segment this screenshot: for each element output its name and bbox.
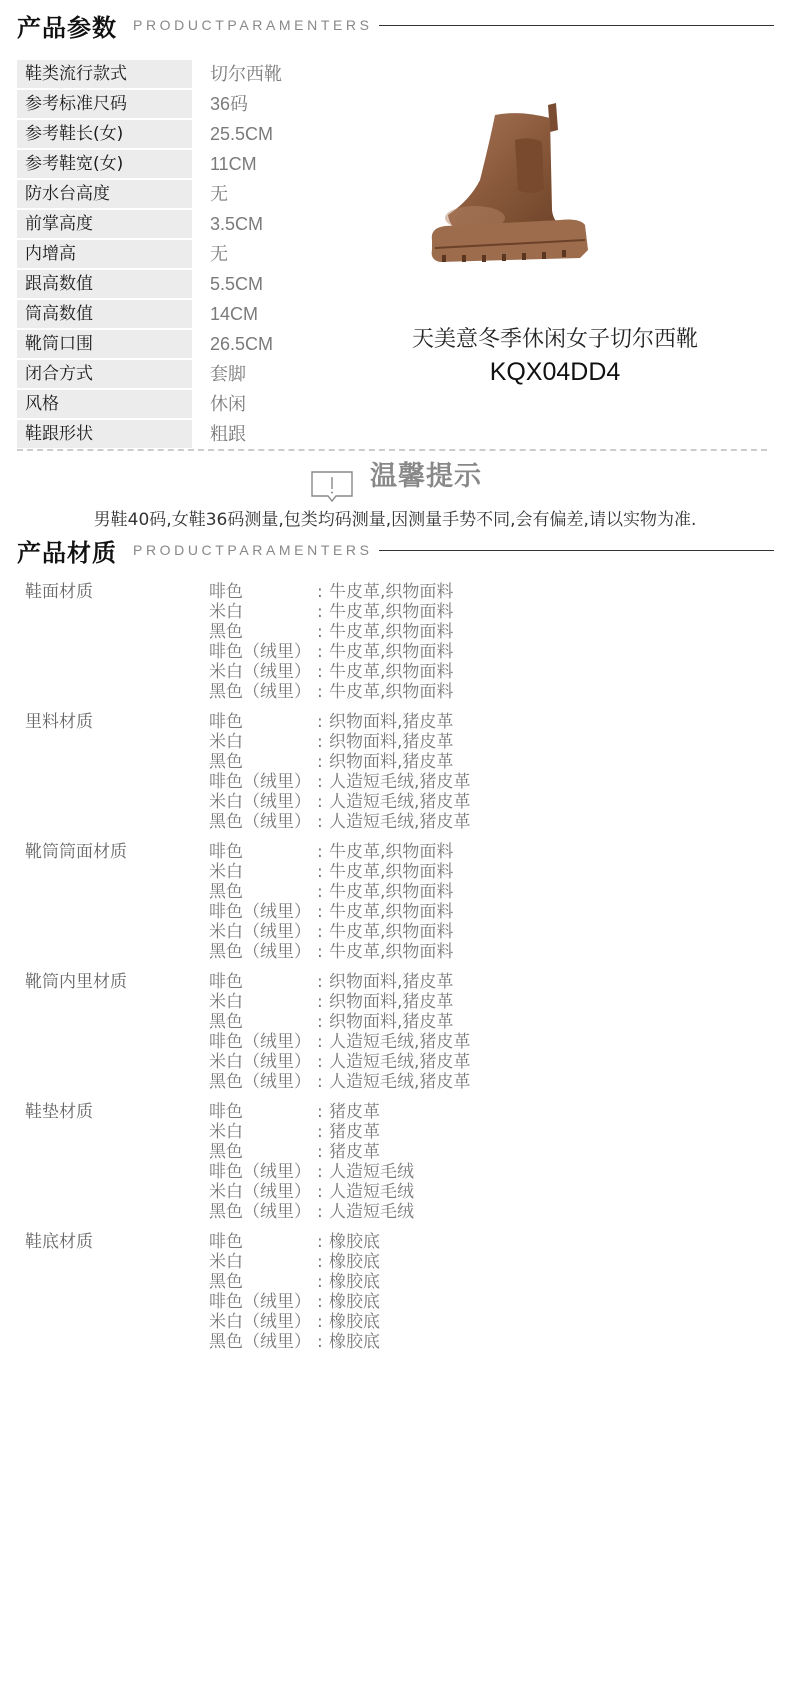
material-colon: : — [317, 1292, 329, 1312]
material-value: 人造短毛绒,猪皮革 — [329, 792, 470, 812]
material-line: 黑色（绒里）:橡胶底 — [209, 1332, 380, 1352]
param-row: 防水台高度无 — [17, 180, 417, 208]
material-lines: 啡色:牛皮革,织物面料米白:牛皮革,织物面料黑色:牛皮革,织物面料啡色（绒里）:… — [209, 842, 453, 962]
material-color: 黑色（绒里） — [209, 1202, 317, 1222]
material-colon: : — [317, 812, 329, 832]
material-value: 织物面料,猪皮革 — [329, 752, 453, 772]
param-label: 鞋类流行款式 — [17, 60, 192, 88]
material-value: 牛皮革,织物面料 — [329, 882, 453, 902]
material-line: 黑色（绒里）:人造短毛绒,猪皮革 — [209, 1072, 470, 1092]
tips-title: 温馨提示 — [370, 454, 482, 493]
material-color: 米白（绒里） — [209, 1182, 317, 1202]
material-line: 啡色（绒里）:人造短毛绒 — [209, 1162, 414, 1182]
material-value: 橡胶底 — [329, 1232, 380, 1252]
material-colon: : — [317, 942, 329, 962]
material-line: 啡色:猪皮革 — [209, 1102, 414, 1122]
material-color: 米白（绒里） — [209, 792, 317, 812]
material-label: 鞋面材质 — [25, 582, 209, 702]
material-value: 织物面料,猪皮革 — [329, 1012, 453, 1032]
material-value: 橡胶底 — [329, 1252, 380, 1272]
material-value: 织物面料,猪皮革 — [329, 972, 453, 992]
header-rule — [379, 550, 774, 551]
material-label: 鞋底材质 — [25, 1232, 209, 1352]
materials-section-subtitle: PRODUCTPARAMENTERS — [133, 542, 373, 558]
material-group: 鞋垫材质啡色:猪皮革米白:猪皮革黑色:猪皮革啡色（绒里）:人造短毛绒米白（绒里）… — [25, 1102, 765, 1222]
material-value: 人造短毛绒,猪皮革 — [329, 1032, 470, 1052]
material-line: 黑色（绒里）:人造短毛绒,猪皮革 — [209, 812, 470, 832]
materials-section-title: 产品材质 — [17, 533, 117, 568]
exclamation-bubble-icon — [310, 470, 354, 504]
material-value: 织物面料,猪皮革 — [329, 732, 453, 752]
param-value: 无 — [192, 180, 228, 208]
param-row: 闭合方式套脚 — [17, 360, 417, 388]
material-colon: : — [317, 1202, 329, 1222]
material-color: 啡色 — [209, 582, 317, 602]
material-value: 牛皮革,织物面料 — [329, 862, 453, 882]
material-line: 啡色（绒里）:人造短毛绒,猪皮革 — [209, 1032, 470, 1052]
param-row: 靴筒口围26.5CM — [17, 330, 417, 358]
material-color: 米白 — [209, 992, 317, 1012]
material-value: 橡胶底 — [329, 1332, 380, 1352]
material-line: 黑色（绒里）:牛皮革,织物面料 — [209, 682, 453, 702]
material-line: 啡色:牛皮革,织物面料 — [209, 582, 453, 602]
param-value: 14CM — [192, 300, 258, 328]
params-section-title: 产品参数 — [17, 8, 117, 43]
material-color: 黑色 — [209, 622, 317, 642]
param-row: 跟高数值5.5CM — [17, 270, 417, 298]
material-color: 米白（绒里） — [209, 662, 317, 682]
material-colon: : — [317, 992, 329, 1012]
material-line: 黑色:猪皮革 — [209, 1142, 414, 1162]
material-label: 鞋垫材质 — [25, 1102, 209, 1222]
param-row: 鞋类流行款式切尔西靴 — [17, 60, 417, 88]
materials-list: 鞋面材质啡色:牛皮革,织物面料米白:牛皮革,织物面料黑色:牛皮革,织物面料啡色（… — [25, 582, 765, 1362]
material-value: 织物面料,猪皮革 — [329, 992, 453, 1012]
material-colon: : — [317, 662, 329, 682]
param-row: 筒高数值14CM — [17, 300, 417, 328]
material-label: 靴筒内里材质 — [25, 972, 209, 1092]
material-colon: : — [317, 1122, 329, 1142]
material-color: 啡色 — [209, 1102, 317, 1122]
material-line: 黑色:织物面料,猪皮革 — [209, 752, 470, 772]
material-color: 黑色 — [209, 1012, 317, 1032]
material-colon: : — [317, 842, 329, 862]
param-label: 筒高数值 — [17, 300, 192, 328]
material-colon: : — [317, 1232, 329, 1252]
material-color: 黑色（绒里） — [209, 1332, 317, 1352]
material-colon: : — [317, 712, 329, 732]
material-group: 鞋底材质啡色:橡胶底米白:橡胶底黑色:橡胶底啡色（绒里）:橡胶底米白（绒里）:橡… — [25, 1232, 765, 1352]
param-value: 切尔西靴 — [192, 60, 282, 88]
material-color: 啡色（绒里） — [209, 1162, 317, 1182]
material-colon: : — [317, 1142, 329, 1162]
param-row: 参考鞋宽(女)11CM — [17, 150, 417, 178]
param-label: 防水台高度 — [17, 180, 192, 208]
material-value: 人造短毛绒,猪皮革 — [329, 812, 470, 832]
param-value: 36码 — [192, 90, 248, 118]
material-colon: : — [317, 582, 329, 602]
material-color: 啡色（绒里） — [209, 772, 317, 792]
material-line: 米白（绒里）:人造短毛绒,猪皮革 — [209, 792, 470, 812]
material-value: 人造短毛绒,猪皮革 — [329, 1052, 470, 1072]
param-label: 跟高数值 — [17, 270, 192, 298]
params-section-subtitle: PRODUCTPARAMENTERS — [133, 17, 373, 33]
param-row: 风格休闲 — [17, 390, 417, 418]
material-line: 米白:织物面料,猪皮革 — [209, 732, 470, 752]
material-colon: : — [317, 1032, 329, 1052]
param-value: 26.5CM — [192, 330, 273, 358]
material-colon: : — [317, 902, 329, 922]
material-line: 米白:猪皮革 — [209, 1122, 414, 1142]
material-colon: : — [317, 1052, 329, 1072]
material-line: 黑色（绒里）:牛皮革,织物面料 — [209, 942, 453, 962]
material-line: 米白:织物面料,猪皮革 — [209, 992, 470, 1012]
material-color: 啡色（绒里） — [209, 1032, 317, 1052]
material-line: 黑色:织物面料,猪皮革 — [209, 1012, 470, 1032]
param-value: 5.5CM — [192, 270, 263, 298]
material-color: 米白（绒里） — [209, 1312, 317, 1332]
material-value: 牛皮革,织物面料 — [329, 842, 453, 862]
material-colon: : — [317, 972, 329, 992]
param-value: 套脚 — [192, 360, 246, 388]
material-value: 人造短毛绒 — [329, 1182, 414, 1202]
material-line: 黑色:橡胶底 — [209, 1272, 380, 1292]
material-colon: : — [317, 752, 329, 772]
material-color: 米白 — [209, 732, 317, 752]
material-line: 米白:牛皮革,织物面料 — [209, 602, 453, 622]
material-line: 啡色（绒里）:牛皮革,织物面料 — [209, 642, 453, 662]
material-line: 啡色（绒里）:牛皮革,织物面料 — [209, 902, 453, 922]
material-group: 鞋面材质啡色:牛皮革,织物面料米白:牛皮革,织物面料黑色:牛皮革,织物面料啡色（… — [25, 582, 765, 702]
material-color: 啡色 — [209, 842, 317, 862]
material-colon: : — [317, 622, 329, 642]
material-colon: : — [317, 772, 329, 792]
param-label: 前掌高度 — [17, 210, 192, 238]
material-group: 靴筒内里材质啡色:织物面料,猪皮革米白:织物面料,猪皮革黑色:织物面料,猪皮革啡… — [25, 972, 765, 1092]
material-color: 米白 — [209, 602, 317, 622]
material-value: 猪皮革 — [329, 1142, 380, 1162]
tips-text: 男鞋40码,女鞋36码测量,包类均码测量,因测量手势不同,会有偏差,请以实物为准… — [0, 505, 790, 530]
material-line: 黑色:牛皮革,织物面料 — [209, 622, 453, 642]
material-value: 牛皮革,织物面料 — [329, 622, 453, 642]
materials-section-header: 产品材质 PRODUCTPARAMENTERS — [17, 530, 774, 570]
material-color: 黑色 — [209, 1142, 317, 1162]
material-value: 人造短毛绒,猪皮革 — [329, 1072, 470, 1092]
dashed-divider — [17, 449, 767, 451]
material-line: 黑色:牛皮革,织物面料 — [209, 882, 453, 902]
material-value: 牛皮革,织物面料 — [329, 662, 453, 682]
params-section-header: 产品参数 PRODUCTPARAMENTERS — [17, 5, 774, 45]
material-color: 黑色（绒里） — [209, 682, 317, 702]
material-color: 黑色 — [209, 1272, 317, 1292]
material-line: 米白:橡胶底 — [209, 1252, 380, 1272]
material-colon: : — [317, 882, 329, 902]
material-value: 橡胶底 — [329, 1292, 380, 1312]
material-color: 黑色（绒里） — [209, 942, 317, 962]
param-label: 内增高 — [17, 240, 192, 268]
material-color: 米白 — [209, 862, 317, 882]
material-value: 人造短毛绒 — [329, 1162, 414, 1182]
material-lines: 啡色:织物面料,猪皮革米白:织物面料,猪皮革黑色:织物面料,猪皮革啡色（绒里）:… — [209, 972, 470, 1092]
material-label: 里料材质 — [25, 712, 209, 832]
param-value: 3.5CM — [192, 210, 263, 238]
material-colon: : — [317, 1182, 329, 1202]
param-label: 鞋跟形状 — [17, 420, 192, 448]
material-color: 黑色（绒里） — [209, 1072, 317, 1092]
material-line: 米白（绒里）:人造短毛绒,猪皮革 — [209, 1052, 470, 1072]
material-line: 米白（绒里）:牛皮革,织物面料 — [209, 922, 453, 942]
material-colon: : — [317, 1312, 329, 1332]
material-group: 里料材质啡色:织物面料,猪皮革米白:织物面料,猪皮革黑色:织物面料,猪皮革啡色（… — [25, 712, 765, 832]
material-line: 啡色:织物面料,猪皮革 — [209, 712, 470, 732]
material-value: 人造短毛绒 — [329, 1202, 414, 1222]
param-label: 闭合方式 — [17, 360, 192, 388]
material-colon: : — [317, 682, 329, 702]
param-value: 休闲 — [192, 390, 246, 418]
params-table: 鞋类流行款式切尔西靴参考标准尺码36码参考鞋长(女)25.5CM参考鞋宽(女)1… — [17, 60, 417, 450]
material-value: 牛皮革,织物面料 — [329, 642, 453, 662]
material-line: 啡色（绒里）:橡胶底 — [209, 1292, 380, 1312]
material-color: 啡色（绒里） — [209, 902, 317, 922]
material-value: 牛皮革,织物面料 — [329, 902, 453, 922]
material-colon: : — [317, 732, 329, 752]
param-value: 25.5CM — [192, 120, 273, 148]
material-colon: : — [317, 1252, 329, 1272]
material-color: 啡色 — [209, 972, 317, 992]
material-line: 米白（绒里）:橡胶底 — [209, 1312, 380, 1332]
material-colon: : — [317, 602, 329, 622]
material-line: 米白（绒里）:人造短毛绒 — [209, 1182, 414, 1202]
material-value: 织物面料,猪皮革 — [329, 712, 453, 732]
material-line: 啡色:织物面料,猪皮革 — [209, 972, 470, 992]
material-lines: 啡色:猪皮革米白:猪皮革黑色:猪皮革啡色（绒里）:人造短毛绒米白（绒里）:人造短… — [209, 1102, 414, 1222]
param-label: 风格 — [17, 390, 192, 418]
material-value: 牛皮革,织物面料 — [329, 602, 453, 622]
material-line: 米白:牛皮革,织物面料 — [209, 862, 453, 882]
param-label: 参考标准尺码 — [17, 90, 192, 118]
material-color: 米白 — [209, 1252, 317, 1272]
chelsea-boot-image — [420, 100, 610, 290]
material-line: 啡色:橡胶底 — [209, 1232, 380, 1252]
param-row: 参考鞋长(女)25.5CM — [17, 120, 417, 148]
material-group: 靴筒筒面材质啡色:牛皮革,织物面料米白:牛皮革,织物面料黑色:牛皮革,织物面料啡… — [25, 842, 765, 962]
material-color: 黑色 — [209, 752, 317, 772]
param-label: 参考鞋长(女) — [17, 120, 192, 148]
material-value: 牛皮革,织物面料 — [329, 582, 453, 602]
material-color: 米白（绒里） — [209, 922, 317, 942]
material-lines: 啡色:橡胶底米白:橡胶底黑色:橡胶底啡色（绒里）:橡胶底米白（绒里）:橡胶底黑色… — [209, 1232, 380, 1352]
material-colon: : — [317, 642, 329, 662]
param-label: 参考鞋宽(女) — [17, 150, 192, 178]
material-value: 橡胶底 — [329, 1312, 380, 1332]
material-value: 猪皮革 — [329, 1122, 380, 1142]
material-color: 米白 — [209, 1122, 317, 1142]
param-value: 粗跟 — [192, 420, 246, 448]
param-row: 鞋跟形状粗跟 — [17, 420, 417, 448]
material-value: 牛皮革,织物面料 — [329, 682, 453, 702]
material-lines: 啡色:牛皮革,织物面料米白:牛皮革,织物面料黑色:牛皮革,织物面料啡色（绒里）:… — [209, 582, 453, 702]
material-color: 黑色 — [209, 882, 317, 902]
param-row: 内增高无 — [17, 240, 417, 268]
material-value: 人造短毛绒,猪皮革 — [329, 772, 470, 792]
material-color: 啡色（绒里） — [209, 642, 317, 662]
material-color: 啡色 — [209, 712, 317, 732]
material-lines: 啡色:织物面料,猪皮革米白:织物面料,猪皮革黑色:织物面料,猪皮革啡色（绒里）:… — [209, 712, 470, 832]
product-name: 天美意冬季休闲女子切尔西靴 — [390, 322, 720, 353]
product-code: KQX04DD4 — [390, 358, 720, 387]
material-value: 牛皮革,织物面料 — [329, 922, 453, 942]
boot-icon — [420, 100, 610, 290]
param-value: 无 — [192, 240, 228, 268]
param-label: 靴筒口围 — [17, 330, 192, 358]
material-value: 橡胶底 — [329, 1272, 380, 1292]
param-value: 11CM — [192, 150, 257, 178]
param-row: 前掌高度3.5CM — [17, 210, 417, 238]
material-color: 米白（绒里） — [209, 1052, 317, 1072]
material-colon: : — [317, 1012, 329, 1032]
material-value: 猪皮革 — [329, 1102, 380, 1122]
material-colon: : — [317, 792, 329, 812]
material-line: 黑色（绒里）:人造短毛绒 — [209, 1202, 414, 1222]
material-label: 靴筒筒面材质 — [25, 842, 209, 962]
material-line: 啡色:牛皮革,织物面料 — [209, 842, 453, 862]
material-line: 米白（绒里）:牛皮革,织物面料 — [209, 662, 453, 682]
material-colon: : — [317, 1072, 329, 1092]
material-colon: : — [317, 1272, 329, 1292]
material-color: 啡色（绒里） — [209, 1292, 317, 1312]
material-color: 啡色 — [209, 1232, 317, 1252]
param-row: 参考标准尺码36码 — [17, 90, 417, 118]
material-color: 黑色（绒里） — [209, 812, 317, 832]
material-colon: : — [317, 922, 329, 942]
material-colon: : — [317, 862, 329, 882]
material-value: 牛皮革,织物面料 — [329, 942, 453, 962]
material-line: 啡色（绒里）:人造短毛绒,猪皮革 — [209, 772, 470, 792]
header-rule — [379, 25, 774, 26]
material-colon: : — [317, 1332, 329, 1352]
material-colon: : — [317, 1162, 329, 1182]
material-colon: : — [317, 1102, 329, 1122]
